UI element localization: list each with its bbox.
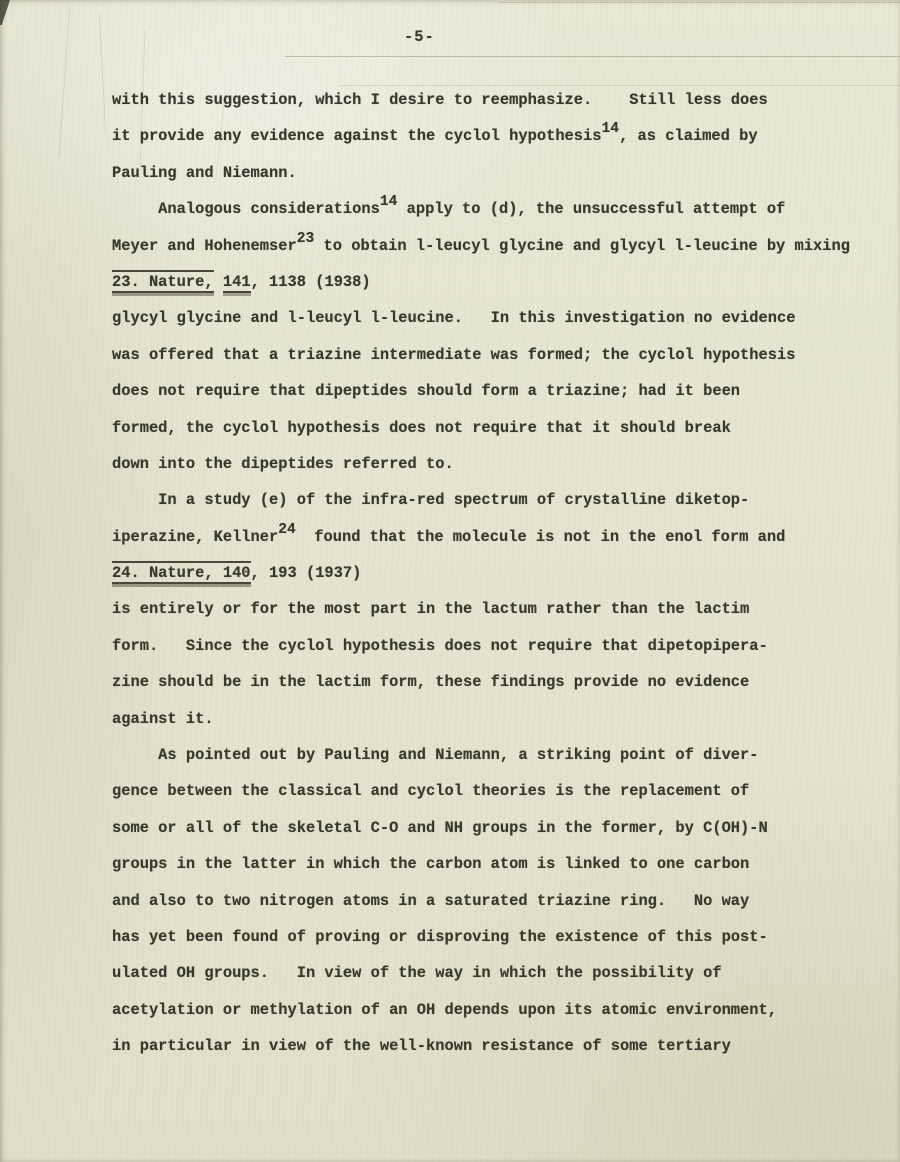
text-line: has yet been found of proving or disprov… bbox=[112, 919, 892, 955]
text-segment: down into the dipeptides referred to. bbox=[112, 455, 454, 473]
text-segment: As pointed out by Pauling and Niemann, a… bbox=[112, 746, 759, 764]
text-segment: is entirely or for the most part in the … bbox=[112, 600, 749, 618]
text-segment: glycyl glycine and l-leucyl l-leucine. I… bbox=[112, 309, 795, 327]
page-number: -5- bbox=[404, 28, 435, 46]
text-line: and also to two nitrogen atoms in a satu… bbox=[112, 883, 892, 919]
footnote-reference: 14 bbox=[602, 121, 620, 137]
text-line: form. Since the cyclol hypothesis does n… bbox=[112, 628, 892, 664]
text-segment: 23. Nature, bbox=[112, 270, 214, 293]
scratch-mark bbox=[99, 14, 106, 134]
text-line: some or all of the skeletal C-O and NH g… bbox=[112, 810, 892, 846]
text-line: Analogous considerations14 apply to (d),… bbox=[112, 191, 892, 227]
corner-stain bbox=[0, 0, 10, 25]
text-segment: against it. bbox=[112, 710, 214, 728]
text-line: ulated OH groups. In view of the way in … bbox=[112, 955, 892, 991]
text-line: acetylation or methylation of an OH depe… bbox=[112, 992, 892, 1028]
text-segment: , 193 (1937) bbox=[251, 564, 362, 582]
text-segment bbox=[214, 273, 223, 291]
text-segment: iperazine, Kellner bbox=[112, 528, 278, 546]
text-segment: was offered that a triazine intermediate… bbox=[112, 346, 795, 364]
text-segment: Meyer and Hohenemser bbox=[112, 237, 297, 255]
text-segment: 24. Nature, 140 bbox=[112, 561, 251, 584]
text-segment: and also to two nitrogen atoms in a satu… bbox=[112, 892, 749, 910]
text-line: with this suggestion, which I desire to … bbox=[112, 82, 892, 118]
text-segment: groups in the latter in which the carbon… bbox=[112, 855, 749, 873]
text-segment: Analogous considerations bbox=[112, 200, 380, 218]
text-segment: some or all of the skeletal C-O and NH g… bbox=[112, 819, 768, 837]
text-line: does not require that dipeptides should … bbox=[112, 373, 892, 409]
text-line: Meyer and Hohenemser23 to obtain l-leucy… bbox=[112, 228, 892, 264]
footnote-reference: 23 bbox=[297, 231, 315, 247]
text-line: in particular in view of the well-known … bbox=[112, 1028, 892, 1064]
typewritten-manuscript-page: -5- with this suggestion, which I desire… bbox=[0, 0, 900, 1162]
text-segment: with this suggestion, which I desire to … bbox=[112, 91, 768, 109]
paper-crease bbox=[285, 56, 900, 57]
paper-crease bbox=[500, 2, 900, 3]
text-segment: , as claimed by bbox=[619, 127, 758, 145]
text-line: against it. bbox=[112, 701, 892, 737]
text-line: Pauling and Niemann. bbox=[112, 155, 892, 191]
text-segment: has yet been found of proving or disprov… bbox=[112, 928, 768, 946]
text-line: iperazine, Kellner24 found that the mole… bbox=[112, 519, 892, 555]
text-line: groups in the latter in which the carbon… bbox=[112, 846, 892, 882]
text-line: glycyl glycine and l-leucyl l-leucine. I… bbox=[112, 300, 892, 336]
text-segment: , 1138 (1938) bbox=[251, 273, 371, 291]
text-segment: gence between the classical and cyclol t… bbox=[112, 782, 749, 800]
text-segment: it provide any evidence against the cycl… bbox=[112, 127, 602, 145]
text-segment: found that the molecule is not in the en… bbox=[296, 528, 786, 546]
text-segment: apply to (d), the unsuccessful attempt o… bbox=[397, 200, 785, 218]
text-segment: 141 bbox=[223, 273, 251, 293]
footnote-reference: 24 bbox=[278, 522, 296, 538]
footnote-line: 24. Nature, 140, 193 (1937) bbox=[112, 555, 892, 591]
text-line: it provide any evidence against the cycl… bbox=[112, 118, 892, 154]
text-segment: form. Since the cyclol hypothesis does n… bbox=[112, 637, 768, 655]
text-line: zine should be in the lactim form, these… bbox=[112, 664, 892, 700]
text-line: In a study (e) of the infra-red spectrum… bbox=[112, 482, 892, 518]
text-segment: zine should be in the lactim form, these… bbox=[112, 673, 749, 691]
scratch-mark bbox=[59, 6, 70, 156]
text-segment: in particular in view of the well-known … bbox=[112, 1037, 731, 1055]
text-segment: formed, the cyclol hypothesis does not r… bbox=[112, 419, 731, 437]
text-line: down into the dipeptides referred to. bbox=[112, 446, 892, 482]
footnote-line: 23. Nature, 141, 1138 (1938) bbox=[112, 264, 892, 300]
text-line: formed, the cyclol hypothesis does not r… bbox=[112, 410, 892, 446]
footnote-reference: 14 bbox=[380, 194, 398, 210]
text-line: As pointed out by Pauling and Niemann, a… bbox=[112, 737, 892, 773]
text-segment: In a study (e) of the infra-red spectrum… bbox=[112, 491, 749, 509]
text-segment: acetylation or methylation of an OH depe… bbox=[112, 1001, 777, 1019]
text-line: is entirely or for the most part in the … bbox=[112, 591, 892, 627]
text-segment: ulated OH groups. In view of the way in … bbox=[112, 964, 722, 982]
text-segment: Pauling and Niemann. bbox=[112, 164, 297, 182]
text-segment: does not require that dipeptides should … bbox=[112, 382, 740, 400]
text-line: was offered that a triazine intermediate… bbox=[112, 337, 892, 373]
text-segment: to obtain l-leucyl glycine and glycyl l-… bbox=[314, 237, 850, 255]
document-body: with this suggestion, which I desire to … bbox=[112, 82, 892, 1065]
text-line: gence between the classical and cyclol t… bbox=[112, 773, 892, 809]
